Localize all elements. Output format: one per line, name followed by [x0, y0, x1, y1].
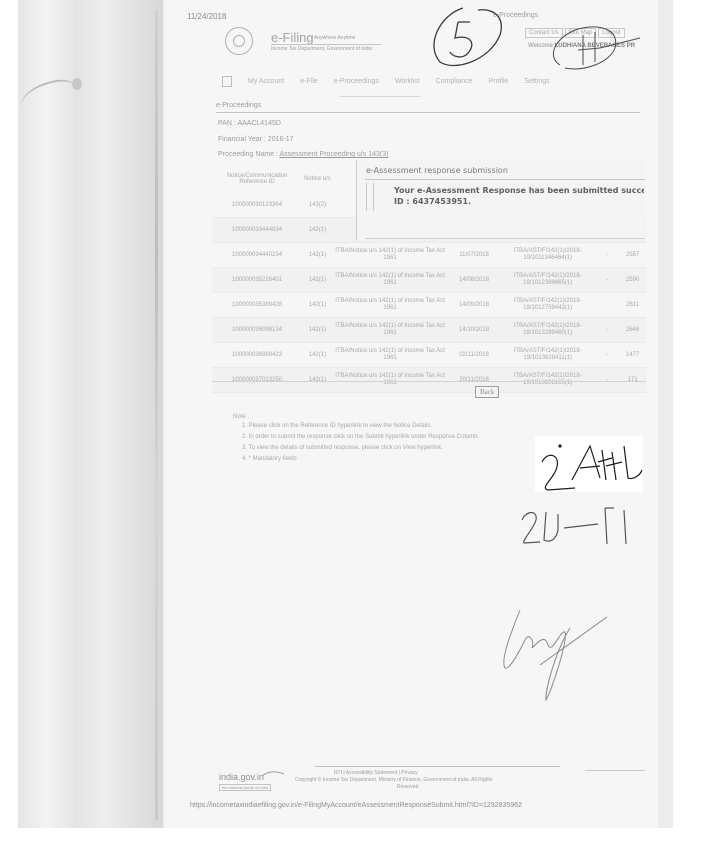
cell-date: 02/11/2018: [447, 343, 500, 368]
breadcrumb: e-Proceedings: [216, 102, 261, 109]
welcome-label: Welcome: [528, 43, 553, 49]
nav-divider: [340, 96, 420, 97]
cell-reference-id[interactable]: 100000030123364: [212, 193, 302, 218]
top-links: Contact Us Site Map Logout: [525, 28, 625, 38]
nav-settings[interactable]: Settings: [524, 78, 549, 85]
cell-response: -: [595, 343, 620, 368]
cell-notice-section: 142(1): [302, 318, 333, 343]
cell-notice-section: 142(1): [302, 243, 333, 268]
proceeding-name-label: Proceeding Name :: [218, 151, 279, 158]
note-item: 1. Please click on the Reference ID hype…: [242, 423, 479, 429]
cell-description: ITBA/Notice u/s 142(1) of Income Tax Act…: [333, 368, 448, 393]
logout-link[interactable]: Logout: [598, 28, 624, 38]
india-gov-tagline: the national portal of india: [219, 784, 271, 791]
proceeding-name-field: Proceeding Name : Assessment Proceeding …: [218, 151, 388, 158]
cell-description: ITBA/Notice u/s 142(1) of Income Tax Act…: [333, 268, 448, 293]
note-item: 3. To view the details of submitted resp…: [242, 445, 479, 451]
cell-description: ITBA/Notice u/s 142(1) of Income Tax Act…: [333, 318, 448, 343]
brand-divider: [271, 44, 381, 45]
nav-e-proceedings[interactable]: e-Proceedings: [334, 78, 379, 85]
notes-section: Note : 1. Please click on the Reference …: [233, 414, 479, 467]
cell-count: 1477: [619, 343, 646, 368]
print-url: https://incometaxindiaefiling.gov.in/e-F…: [190, 802, 522, 809]
footer-reserved: Reserved: [397, 784, 418, 790]
dialog-message: Your e-Assessment Response has been subm…: [394, 186, 644, 208]
dialog-message-line2: ID : 6437453951.: [394, 197, 644, 208]
cell-date: 14/10/2018: [447, 318, 500, 343]
cell-reference-id[interactable]: 100000034440234: [212, 243, 302, 268]
cell-reference-id[interactable]: 100000036098134: [212, 318, 302, 343]
nav-e-file[interactable]: e-File: [300, 78, 318, 85]
financial-year-field: Financial Year : 2016-17: [218, 136, 294, 143]
dialog-title-divider: [365, 179, 645, 180]
table-divider: [212, 381, 646, 382]
print-page-title: e-Proceedings: [493, 12, 538, 19]
cell-reference-id[interactable]: 100000035389428: [212, 293, 302, 318]
contact-us-link[interactable]: Contact Us: [525, 28, 563, 38]
home-icon[interactable]: [222, 76, 232, 87]
cell-count: 2590: [619, 268, 646, 293]
welcome-user: LUDHIANA BEVERAGES PR: [555, 43, 635, 49]
site-brand[interactable]: e-Filing: [271, 30, 314, 45]
dialog-title: e-Assessment response submission: [366, 166, 508, 175]
binder-clip-head: [72, 78, 82, 90]
cell-response: -: [595, 268, 620, 293]
notes-heading: Note :: [233, 414, 479, 420]
nav-profile[interactable]: Profile: [489, 78, 509, 85]
table-row: 100000034440234142(1)ITBA/Notice u/s 142…: [212, 243, 646, 268]
cell-response: -: [595, 243, 620, 268]
cell-document-id: ITBA/AST/F/142(1)/2018-19/1012759443(1): [501, 293, 595, 318]
pan-field: PAN : AAACL4145D: [218, 120, 281, 127]
cell-notice-section: 142(1): [302, 268, 333, 293]
breadcrumb-divider: [216, 112, 640, 113]
back-button[interactable]: Back: [475, 386, 499, 398]
table-row: 100000035389428142(1)ITBA/Notice u/s 142…: [212, 293, 646, 318]
cell-notice-section: 142(1): [302, 218, 333, 243]
cell-document-id: ITBA/AST/F/142(1)/2018-19/1011346464(1): [501, 243, 595, 268]
cell-response: [595, 293, 620, 318]
footer-divider: [315, 766, 560, 767]
nav-my-account[interactable]: My Account: [248, 78, 284, 85]
table-row: 100000037013250142(1)ITBA/Notice u/s 142…: [212, 368, 646, 393]
header-reference-id: Notice/Communication Reference ID: [212, 165, 302, 193]
dialog-message-line1: Your e-Assessment Response has been subm…: [394, 186, 644, 197]
site-tagline: Anywhere Anytime: [314, 35, 355, 41]
response-submission-dialog: e-Assessment response submission Your e-…: [356, 160, 645, 240]
cell-notice-section: 142(1): [302, 368, 333, 393]
site-subtitle: Income Tax Department, Government of Ind…: [271, 46, 372, 52]
nav-compliance[interactable]: Compliance: [436, 78, 473, 85]
note-item: 4. * Mandatory fields: [242, 456, 479, 462]
cell-date: 11/07/2018: [447, 243, 500, 268]
binder-edge: [155, 10, 158, 820]
emblem-icon: [225, 27, 253, 55]
cell-reference-id[interactable]: 100000035226401: [212, 268, 302, 293]
cell-count: 2611: [619, 293, 646, 318]
cell-count: 2646: [619, 318, 646, 343]
cell-reference-id[interactable]: 100000037013250: [212, 368, 302, 393]
main-nav: My Account e-File e-Proceedings Worklist…: [222, 76, 550, 87]
cell-count: 171: [619, 368, 646, 393]
binder-spine: [18, 0, 163, 828]
note-item: 2. In order to submit the response click…: [242, 434, 479, 440]
cell-description: ITBA/Notice u/s 142(1) of Income Tax Act…: [333, 343, 448, 368]
cell-document-id: ITBA/AST/F/142(1)/2018-19/1012369665(1): [501, 268, 595, 293]
table-row: 100000035226401142(1)ITBA/Notice u/s 142…: [212, 268, 646, 293]
cell-reference-id[interactable]: 100000033444834: [212, 218, 302, 243]
cell-document-id: ITBA/AST/F/142(1)/2018-19/1013628411(1): [501, 343, 595, 368]
footer-links[interactable]: RTI | Accessibility Statement | Privacy: [334, 770, 418, 776]
cell-date: 14/09/2018: [447, 293, 500, 318]
footer-copyright: Copyright © Income Tax Department, Minis…: [295, 777, 492, 783]
welcome-text: Welcome LUDHIANA BEVERAGES PR: [528, 43, 635, 49]
site-map-link[interactable]: Site Map: [565, 28, 597, 38]
cell-reference-id[interactable]: 100000036868423: [212, 343, 302, 368]
attestation-signature-box: [535, 436, 643, 492]
cell-response: -: [595, 318, 620, 343]
table-row: 100000036868423142(1)ITBA/Notice u/s 142…: [212, 343, 646, 368]
nav-worklist[interactable]: Worklist: [395, 78, 420, 85]
cell-document-id: ITBA/AST/F/142(1)/2018-19/1013806165(1): [501, 368, 595, 393]
dialog-divider: [365, 238, 645, 239]
print-date: 11/24/2018: [187, 12, 226, 21]
cell-response: -: [595, 368, 620, 393]
cell-count: 2557: [619, 243, 646, 268]
proceeding-name-value: Assessment Proceeding u/s 143(3): [279, 151, 388, 158]
page-edge: [658, 0, 673, 828]
cell-notice-section: 143(2): [302, 193, 333, 218]
footer-divider-right: [585, 770, 645, 771]
cell-document-id: ITBA/AST/F/142(1)/2018-19/1013289460(1): [501, 318, 595, 343]
cell-description: ITBA/Notice u/s 142(1) of Income Tax Act…: [333, 293, 448, 318]
header-notice-section: Notice u/s: [302, 165, 333, 193]
table-row: 100000036098134142(1)ITBA/Notice u/s 142…: [212, 318, 646, 343]
cell-description: ITBA/Notice u/s 142(1) of Income Tax Act…: [333, 243, 448, 268]
dialog-icon-area: [366, 183, 374, 211]
india-gov-logo[interactable]: india.gov.in: [219, 772, 264, 782]
cell-notice-section: 142(1): [302, 343, 333, 368]
cell-notice-section: 142(1): [302, 293, 333, 318]
cell-date: 14/08/2018: [447, 268, 500, 293]
